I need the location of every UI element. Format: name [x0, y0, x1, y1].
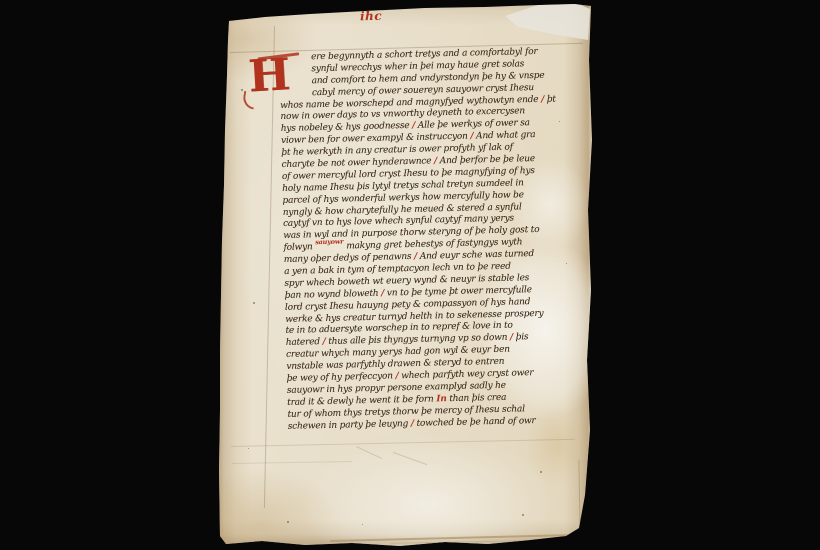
text-segment: whech parfyth wey cryst ower — [398, 368, 533, 381]
decorated-initial: H — [247, 52, 306, 101]
manuscript-lines: ere begynnyth a schort tretys and a comf… — [279, 47, 522, 433]
text-segment: than þis crea — [447, 393, 507, 404]
speck — [559, 121, 560, 122]
speck — [362, 524, 363, 525]
text-segment: þis — [513, 333, 529, 343]
speck — [566, 263, 567, 264]
under-leaf-edge — [578, 460, 580, 532]
text-segment: And what gra — [473, 130, 535, 141]
speck — [253, 302, 255, 304]
crease-line — [232, 461, 352, 464]
ruling-line-bottom — [231, 439, 575, 447]
text-segment: folwyn — [283, 242, 315, 253]
text-segment: many oþer dedys of penawns — [284, 252, 414, 265]
photo-canvas: 7 ihc H ere begynnyth a schort tretys an… — [0, 0, 820, 550]
folio-number: 7 — [261, 8, 268, 20]
text-segment: þe wey of hy perfeccyon — [287, 371, 396, 384]
text-segment: þan no wynd bloweth — [285, 288, 382, 300]
text-segment: þt — [544, 94, 556, 104]
speck — [241, 89, 243, 91]
manuscript-page: 7 ihc H ere begynnyth a schort tretys an… — [0, 0, 820, 550]
show-through-mark — [393, 452, 427, 465]
text-segment: towched be þe hand of owr — [414, 416, 536, 429]
show-through-mark — [356, 446, 382, 459]
manuscript-text-block: H ere begynnyth a schort tretys and a co… — [279, 47, 522, 433]
speck — [522, 514, 524, 516]
ihs-monogram: ihc — [360, 9, 382, 23]
text-segment: Alle þe werkys of ower sa — [415, 118, 530, 131]
rubrication-mark: sauyowr — [315, 238, 344, 247]
text-segment: And þerfor be þe leue — [437, 154, 535, 166]
text-segment: And euyr sche was turned — [417, 249, 534, 262]
text-segment: schewen in party þe leuyng — [288, 419, 411, 432]
speck — [540, 471, 542, 473]
speck — [287, 521, 289, 523]
speck — [248, 448, 249, 449]
text-segment: hatered — [286, 337, 323, 348]
